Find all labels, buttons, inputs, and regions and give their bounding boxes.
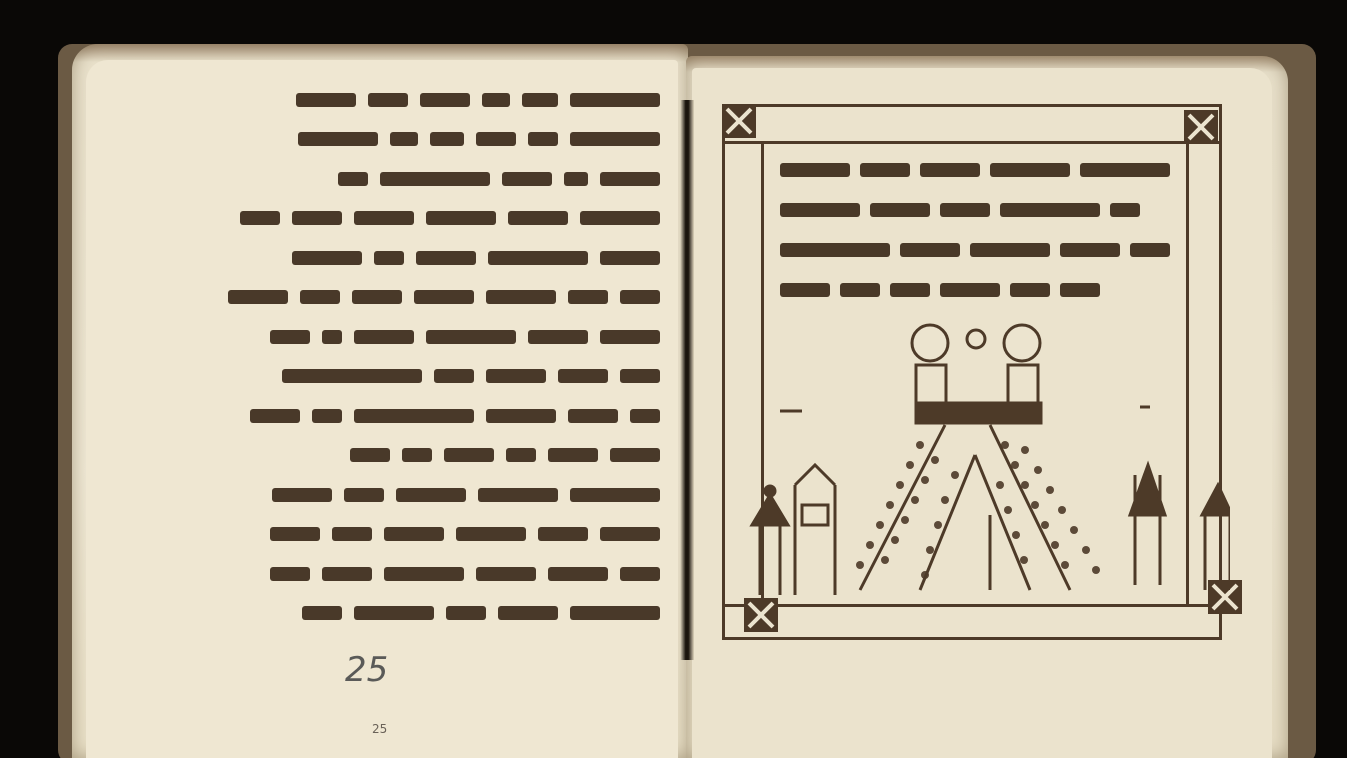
text-line bbox=[780, 230, 1180, 270]
text-line bbox=[150, 436, 660, 476]
text-line bbox=[150, 159, 660, 199]
text-line bbox=[150, 515, 660, 555]
right-page-text bbox=[780, 150, 1180, 310]
text-line bbox=[150, 475, 660, 515]
text-line bbox=[150, 278, 660, 318]
corner-ornament-icon bbox=[1184, 110, 1218, 144]
text-line bbox=[150, 80, 660, 120]
text-line bbox=[780, 190, 1180, 230]
book-gutter bbox=[680, 100, 694, 660]
left-page-text bbox=[150, 80, 660, 633]
page-number-small: 25 bbox=[372, 722, 387, 736]
text-line bbox=[150, 396, 660, 436]
text-line bbox=[780, 150, 1180, 190]
text-line bbox=[150, 199, 660, 239]
page-number: 25 bbox=[345, 650, 388, 690]
text-line bbox=[150, 594, 660, 634]
corner-ornament-icon bbox=[722, 104, 756, 138]
manuscript-illustration bbox=[740, 315, 1230, 605]
text-line bbox=[150, 317, 660, 357]
text-line bbox=[150, 238, 660, 278]
text-line bbox=[150, 357, 660, 397]
manuscript-photo: 25 25 bbox=[0, 0, 1347, 758]
text-line bbox=[150, 120, 660, 160]
text-line bbox=[780, 270, 1180, 310]
text-line bbox=[150, 554, 660, 594]
